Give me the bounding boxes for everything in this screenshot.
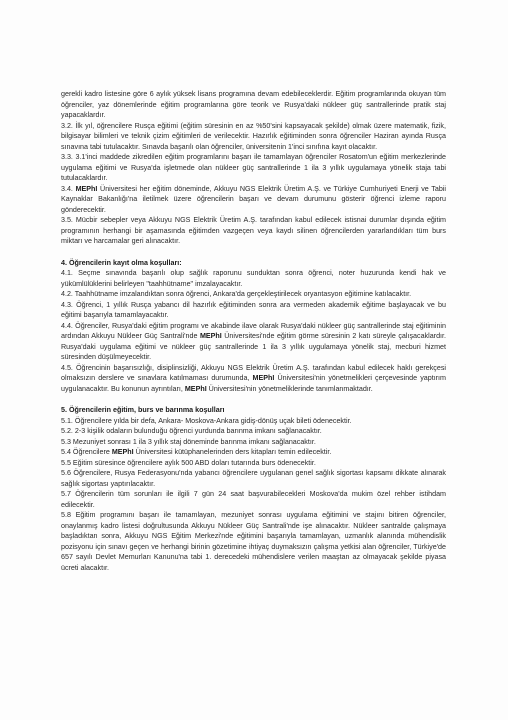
item-5-7: 5.7 Öğrencilerin tüm sorunları ile ilgil… <box>61 489 446 510</box>
section-5-heading: 5. Öğrencilerin eğitim, burs ve barınma … <box>61 405 446 416</box>
spacer <box>61 247 446 258</box>
item-text: Üniversitesi her eğitim döneminde, Akkuy… <box>61 185 446 214</box>
item-5-6: 5.6 Öğrencilere, Rusya Federasyonu'nda y… <box>61 468 446 489</box>
item-3-3: 3.3. 3.1'inci maddede zikredilen eğitim … <box>61 152 446 184</box>
mephi-bold: MEPhI <box>76 185 98 193</box>
item-5-3: 5.3 Mezuniyet sonrası 1 ila 3 yıllık sta… <box>61 437 446 448</box>
item-prefix: 3.4. <box>61 185 76 193</box>
item-4-1: 4.1. Seçme sınavında başarılı olup sağlı… <box>61 268 446 289</box>
item-4-4: 4.4. Öğrenciler, Rusya'daki eğitim progr… <box>61 321 446 363</box>
item-text: Üniversitesi'nin yönetmeliklerinde tanım… <box>207 385 373 393</box>
document-body: gerekli kadro listesine göre 6 aylık yük… <box>61 89 446 573</box>
mephi-bold: MEPhI <box>200 332 222 340</box>
item-3-4: 3.4. MEPhI Üniversitesi her eğitim dönem… <box>61 184 446 216</box>
item-5-5: 5.5 Eğitim süresince öğrencilere aylık 5… <box>61 458 446 469</box>
document-page: gerekli kadro listesine göre 6 aylık yük… <box>0 0 508 720</box>
item-4-5: 4.5. Öğrencinin başarısızlığı, disiplins… <box>61 363 446 395</box>
mephi-bold: MEPhI <box>185 385 207 393</box>
mephi-bold: MEPhI <box>253 374 275 382</box>
item-4-3: 4.3. Öğrenci, 1 yıllık Rusça yabancı dil… <box>61 300 446 321</box>
item-5-8: 5.8 Eğitim programını başarı ile tamamla… <box>61 510 446 573</box>
mephi-bold: MEPhI <box>112 448 134 456</box>
item-text: 5.4 Öğrencilere <box>61 448 112 456</box>
item-5-4: 5.4 Öğrencilere MEPhI Üniversitesi kütüp… <box>61 447 446 458</box>
item-3-5: 3.5. Mücbir sebepler veya Akkuyu NGS Ele… <box>61 215 446 247</box>
item-4-2: 4.2. Taahhütname imzalandıktan sonra öğr… <box>61 289 446 300</box>
spacer <box>61 394 446 405</box>
section-4-heading: 4. Öğrencilerin kayıt olma koşulları: <box>61 258 446 269</box>
item-3-2: 3.2. İlk yıl, öğrencilere Rusça eğitimi … <box>61 121 446 153</box>
item-5-2: 5.2. 2-3 kişilik odaların bulunduğu öğre… <box>61 426 446 437</box>
intro-paragraph: gerekli kadro listesine göre 6 aylık yük… <box>61 89 446 121</box>
item-5-1: 5.1. Öğrencilere yılda bir defa, Ankara-… <box>61 416 446 427</box>
item-text: Üniversitesi kütüphanelerinden ders kita… <box>134 448 332 456</box>
